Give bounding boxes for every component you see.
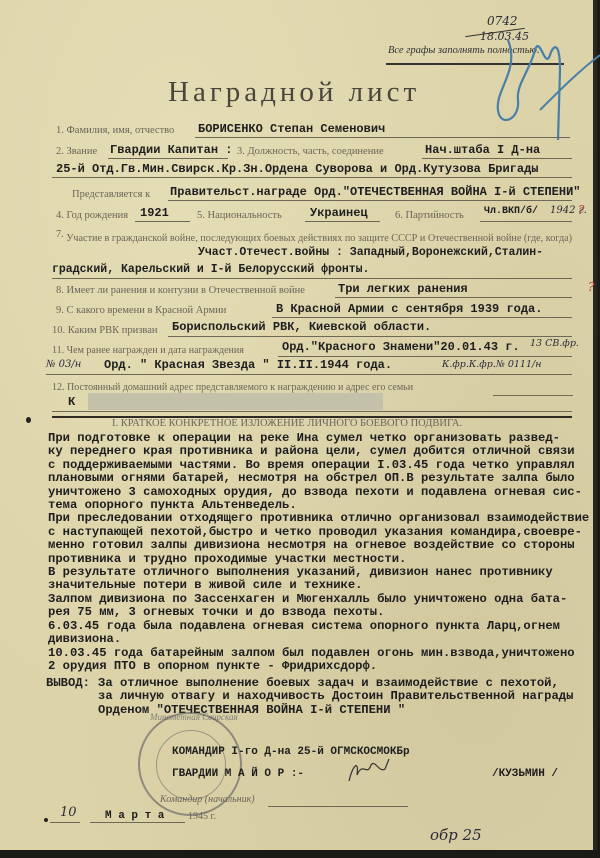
body-line: дивизиона. [48, 633, 589, 646]
punch-hole-icon [26, 417, 31, 423]
field-label: Год рождения [67, 210, 129, 221]
divider [305, 221, 380, 222]
position-continuation: 25-й Отд.Гв.Мин.Свирск.Кр.Зн.Ордена Суво… [56, 162, 538, 176]
divider [135, 221, 190, 222]
body-line: плановыми огнями батарей, несмотря на об… [48, 472, 589, 485]
question-mark-icon: ? [588, 280, 594, 294]
commander-rank: ГВАРДИИ М А Й О Р :- [172, 768, 304, 780]
home-address-value: К [68, 395, 75, 409]
conclusion-line: За отличное выполнение боевых задач и вз… [98, 677, 573, 690]
body-line: менно готовил залпы дивизиона несмотря н… [48, 539, 589, 552]
body-line: При преследовании отходящего противника … [48, 512, 589, 525]
divider [52, 278, 572, 279]
field-label: Каким РВК призван [68, 325, 158, 336]
divider [335, 297, 572, 298]
redacted-address [88, 393, 383, 410]
body-line: с наступающей пехотой,быстро и четко про… [48, 526, 589, 539]
field-number: 12. [52, 382, 65, 393]
body-line: тема опорного пункта Альтенведель. [48, 499, 589, 512]
divider [493, 395, 573, 396]
date-month: М а р т а [105, 810, 164, 822]
section-heading: I. КРАТКОЕ КОНКРЕТНОЕ ИЗЛОЖЕНИЕ ЛИЧНОГО … [112, 418, 462, 429]
field-label: Чем ранее награжден и дата награждения [67, 345, 244, 356]
field-number: 7. [56, 229, 64, 240]
registration-date: 18.03.45 [480, 30, 529, 43]
divider [168, 336, 572, 337]
body-line: 2 орудия ПТО в опорном пункте - Фридрихс… [48, 660, 589, 673]
field-number: 10. [52, 325, 65, 336]
field-label: Постоянный домашний адрес представляемог… [67, 382, 413, 393]
field-number: 2. [56, 146, 64, 157]
field-label: Фамилия, имя, отчество [67, 125, 175, 136]
divider [422, 158, 572, 159]
body-line: рея 75 мм, 3 огневых точки и до взвода п… [48, 606, 589, 619]
body-line: значительные потери в живой силе и техни… [48, 579, 589, 592]
body-line: 6.03.45 года была подавлена огневая сист… [48, 620, 589, 633]
divider [52, 177, 572, 178]
previous-award-2-value: Орд. " Красная Звезда " II.II.1944 года. [104, 358, 392, 372]
field-number: 9. [56, 305, 64, 316]
punch-hole-icon [44, 818, 48, 822]
divider [90, 822, 185, 823]
footer-handwritten-note: обр 25 [430, 826, 482, 844]
body-line: 10.03.45 года батарейным залпом был пода… [48, 647, 589, 660]
divider [50, 822, 80, 823]
field-number: 6. [395, 210, 403, 221]
document-title: Наградной лист [168, 76, 420, 109]
wounds-value: Три легких ранения [338, 282, 468, 296]
divider [386, 63, 564, 65]
nationality-value: Украинец [310, 206, 368, 220]
field-label: Партийность [406, 210, 464, 221]
divider [52, 411, 572, 412]
divider [278, 356, 572, 357]
previous-award-1-value: Орд."Красного Знамени"20.01.43 г. [282, 340, 520, 354]
field-label: С какого времени в Красной Армии [67, 305, 227, 316]
war-participation-value: Участ.Отечест.войны : Западный,Воронежск… [198, 246, 543, 259]
party-value: Чл.ВКП/б/ [484, 206, 538, 217]
body-line: противника и трудно проходимые участки м… [48, 553, 589, 566]
full-name-value: БОРИСЕНКО Степан Семенович [198, 122, 385, 136]
divider [272, 317, 572, 318]
draft-office-value: Бориспольский РВК, Киевской области. [172, 320, 431, 334]
field-number: 8. [56, 285, 64, 296]
fill-instruction: Все графы заполнять полностью. [388, 45, 540, 56]
body-line: В результате отличного выполнения указан… [48, 566, 589, 579]
commander-name: /КУЗЬМИН / [492, 768, 558, 780]
signature-icon [345, 755, 395, 785]
award-sheet-page: 0742 18.03.45 Все графы заполнять полнос… [0, 0, 597, 850]
divider [168, 200, 572, 201]
army-since-value: В Красной Армии с сентября 1939 года. [276, 302, 542, 316]
field-label: Звание [67, 146, 98, 157]
field-label: Представляется к [72, 189, 150, 200]
registration-number: 0742 [487, 14, 518, 28]
field-label: Должность, часть, соединение [248, 146, 384, 157]
previous-award-2-handwritten: К.фр.К.фр.№ 0111/н [442, 359, 541, 370]
question-mark-icon: ? [578, 203, 584, 217]
position-value: Нач.штаба I Д-на [425, 143, 540, 157]
feat-description: При подготовке к операции на реке Ина су… [48, 432, 589, 673]
rank-value: Гвардии Капитан : [110, 143, 232, 157]
divider [268, 806, 408, 807]
field-number: 11. [52, 345, 64, 356]
body-line: ку переднего края противника и района це… [48, 445, 589, 458]
divider [108, 158, 228, 159]
field-number: 1. [56, 125, 64, 136]
date-day: 10 [60, 805, 77, 820]
stamp-text: Минометная Свирская [150, 712, 238, 722]
divider [46, 374, 572, 375]
recommended-award-value: Правительст.награде Орд."ОТЕЧЕСТВЕННАЯ В… [170, 185, 580, 199]
birth-year-value: 1921 [140, 206, 169, 220]
body-line: Залпом дивизиона по Зассенхаген и Мюгенх… [48, 593, 589, 606]
field-label: Национальность [208, 210, 282, 221]
commander-label: Командир (начальник) [160, 794, 255, 805]
previous-award-order-handwritten: № 03/н [46, 359, 81, 370]
war-participation-continuation: градский, Карельский и I-й Белорусский ф… [52, 263, 369, 276]
divider [195, 137, 570, 138]
date-year: 1945 г. [188, 811, 216, 822]
field-number: 3. [237, 146, 245, 157]
field-number: 4. [56, 210, 64, 221]
body-line: уничтожено 3 самоходных орудия, до взвод… [48, 486, 589, 499]
field-label: Имеет ли ранения и контузии в Отечествен… [67, 285, 305, 296]
previous-award-1-handwritten: 13 СВ.фр. [530, 338, 579, 349]
field-number: 5. [197, 210, 205, 221]
divider [480, 221, 572, 222]
conclusion-label: ВЫВОД: [46, 677, 90, 690]
conclusion-line: за личную отвагу и находчивость Достоин … [98, 690, 573, 703]
